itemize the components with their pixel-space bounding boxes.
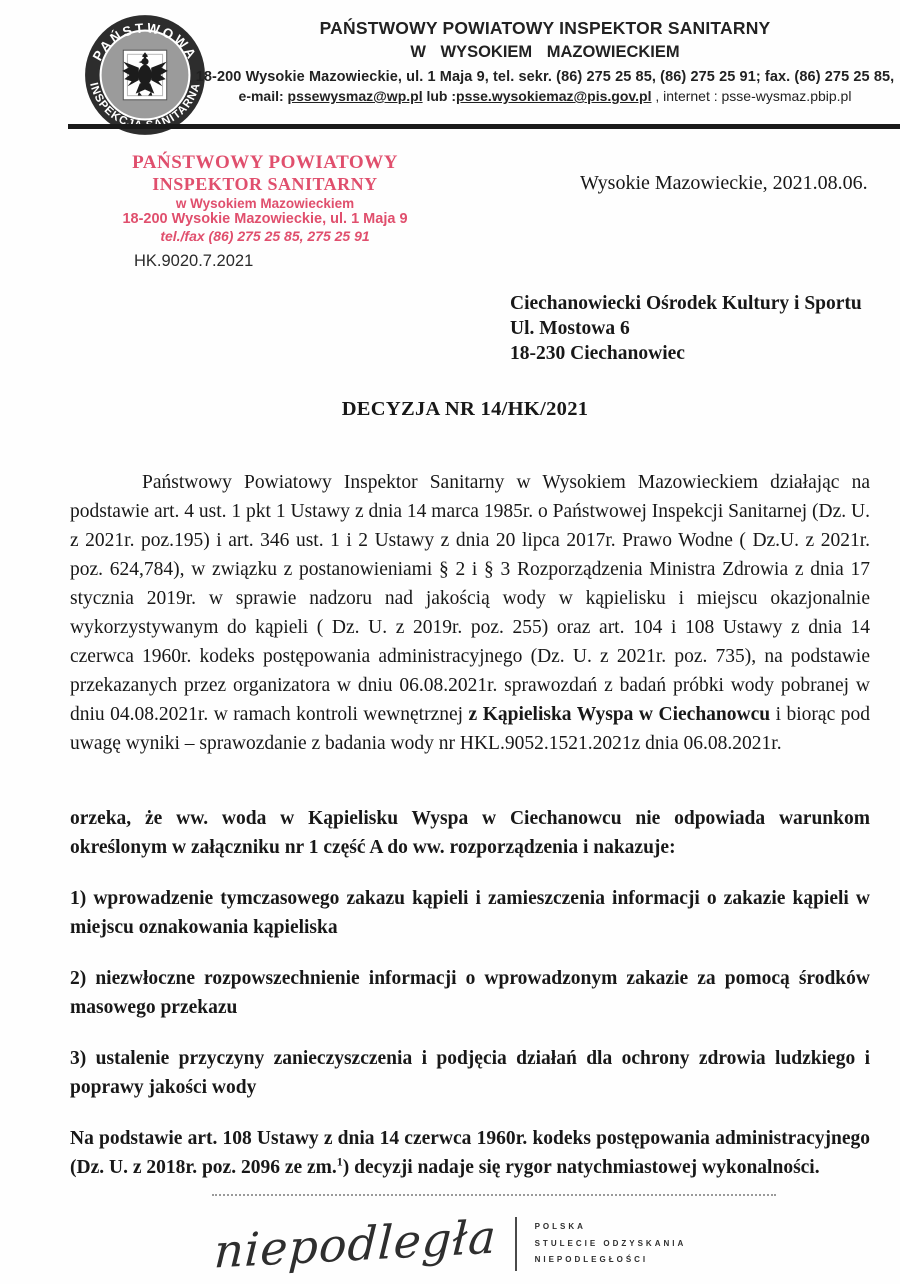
- logo-caption-line1: POLSKA: [535, 1219, 687, 1236]
- stamp-line3: w Wysokiem Mazowieckiem: [100, 196, 430, 212]
- recipient-street: Ul. Mostowa 6: [510, 317, 862, 342]
- recipient-city: 18-230 Ciechanowiec: [510, 342, 862, 367]
- letterhead: PAŃSTWOWA INSPEKCJA SANITARNA PAŃSTWOWY …: [0, 10, 900, 125]
- order-item-2: 2) niezwłoczne rozpowszechnienie informa…: [70, 964, 870, 1022]
- logo-caption-line3: NIEPODLEGŁOŚCI: [535, 1252, 687, 1269]
- letterhead-contact-line: e-mail: pssewysmaz@wp.pl lub :psse.wysok…: [190, 88, 900, 104]
- decision-title: DECYZJA NR 14/HK/2021: [70, 398, 860, 421]
- niepodlegla-wordmark: niepodległa: [212, 1209, 497, 1278]
- stamp-line4: 18-200 Wysokie Mazowieckie, ul. 1 Maja 9: [100, 211, 430, 228]
- stamp-line1: PAŃSTWOWY POWIATOWY: [100, 152, 430, 174]
- legal-basis-text: Państwowy Powiatowy Inspektor Sanitarny …: [70, 472, 870, 725]
- enforceability-text-end: ) decyzji nadaje się rygor natychmiastow…: [343, 1157, 820, 1178]
- order-item-3: 3) ustalenie przyczyny zanieczyszczenia …: [70, 1044, 870, 1102]
- internet-address: , internet : psse-wysmaz.pbip.pl: [651, 88, 851, 104]
- letterhead-title-line1: PAŃSTWOWY POWIATOWY INSPEKTOR SANITARNY: [190, 18, 900, 39]
- email-link-2: psse.wysokiemaz@pis.gov.pl: [456, 88, 651, 104]
- bathing-site-name: z Kąpieliska Wyspa w Ciechanowcu: [469, 704, 771, 725]
- decision-body: Państwowy Powiatowy Inspektor Sanitarny …: [70, 468, 870, 1182]
- ruling-statement: orzeka, że ww. woda w Kąpielisku Wyspa w…: [70, 804, 870, 862]
- office-stamp: PAŃSTWOWY POWIATOWY INSPEKTOR SANITARNY …: [100, 152, 430, 244]
- footnote-separator-rule: [212, 1194, 776, 1196]
- letterhead-text: PAŃSTWOWY POWIATOWY INSPEKTOR SANITARNY …: [190, 18, 900, 104]
- order-item-1: 1) wprowadzenie tymczasowego zakazu kąpi…: [70, 884, 870, 942]
- letterhead-title-line2: W WYSOKIEM MAZOWIECKIEM: [190, 43, 900, 62]
- stamp-line5: tel./fax (86) 275 25 85, 275 25 91: [100, 228, 430, 244]
- logo-caption: POLSKA STULECIE ODZYSKANIA NIEPODLEGŁOŚC…: [535, 1219, 687, 1269]
- recipient-name: Ciechanowiecki Ośrodek Kultury i Sportu: [510, 292, 862, 317]
- case-reference-number: HK.9020.7.2021: [134, 252, 253, 271]
- email-label: e-mail:: [239, 88, 288, 104]
- email-link-1: pssewysmaz@wp.pl: [288, 88, 423, 104]
- email-separator: lub :: [423, 88, 456, 104]
- logo-divider: [515, 1217, 517, 1271]
- logo-caption-line2: STULECIE ODZYSKANIA: [535, 1236, 687, 1253]
- recipient-address-block: Ciechanowiecki Ośrodek Kultury i Sportu …: [510, 292, 862, 367]
- immediate-enforceability-paragraph: Na podstawie art. 108 Ustawy z dnia 14 c…: [70, 1124, 870, 1182]
- sanitary-inspection-seal-icon: PAŃSTWOWA INSPEKCJA SANITARNA: [83, 13, 207, 137]
- niepodlegla-logo: niepodległa POLSKA STULECIE ODZYSKANIA N…: [0, 1206, 900, 1282]
- header-divider-rule: [68, 124, 900, 129]
- place-and-date: Wysokie Mazowieckie, 2021.08.06.: [580, 172, 868, 195]
- stamp-line2: INSPEKTOR SANITARNY: [100, 174, 430, 195]
- legal-basis-paragraph: Państwowy Powiatowy Inspektor Sanitarny …: [70, 468, 870, 758]
- scanned-decision-document: PAŃSTWOWA INSPEKCJA SANITARNA PAŃSTWOWY …: [0, 0, 900, 1284]
- letterhead-address: 18-200 Wysokie Mazowieckie, ul. 1 Maja 9…: [190, 69, 900, 85]
